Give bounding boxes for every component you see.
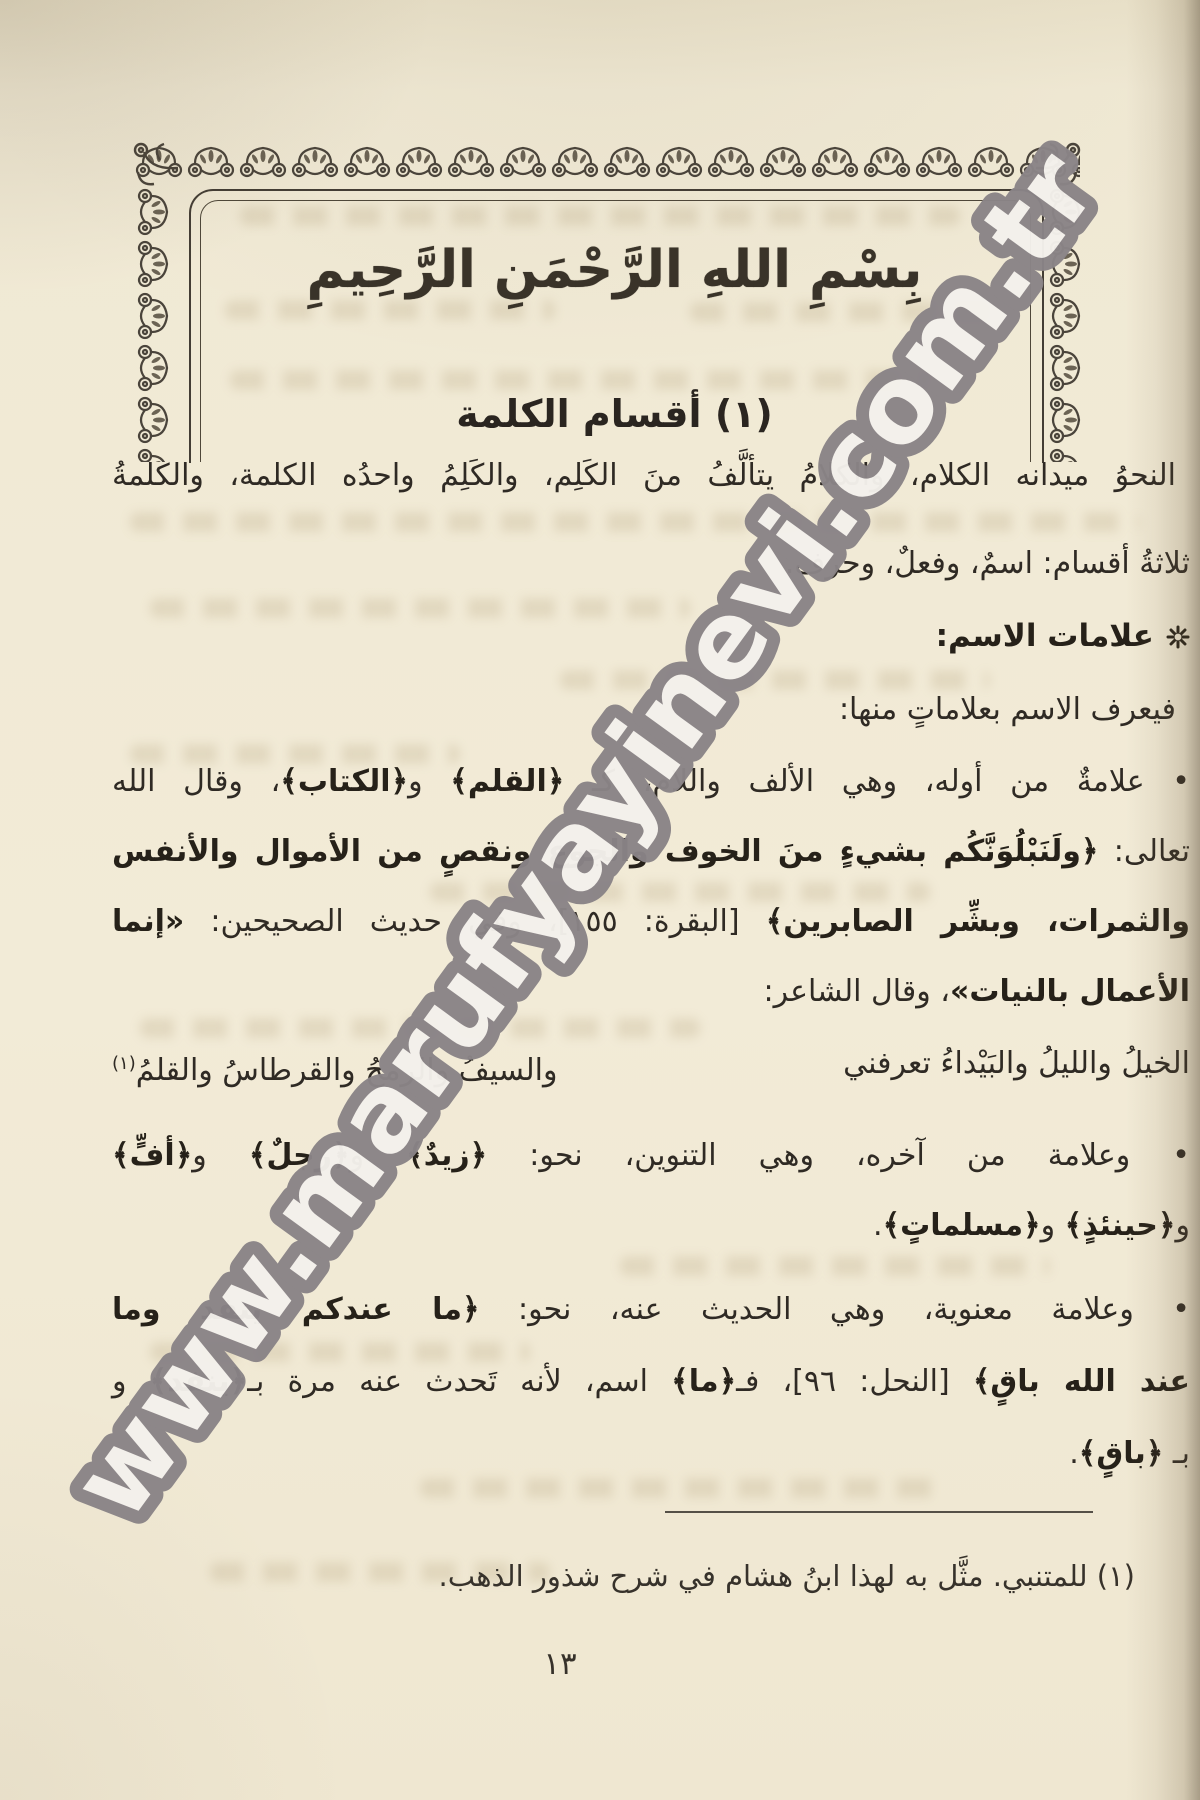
text-segment: ﴿ولَنَبْلُوَنَّكُم بشيءٍ منَ الخوف والجو… bbox=[112, 834, 1099, 869]
verse-left-text: والسيفُ والرمحُ والقرطاسُ والقلمُ bbox=[136, 1053, 558, 1088]
text-segment: ثلاثةُ أقسام: اسمٌ، وفعلٌ، وحرف. bbox=[785, 546, 1190, 581]
text-segment: و bbox=[192, 1138, 249, 1173]
text-segment: ﴿ما﴾ bbox=[671, 1364, 736, 1399]
text-segment: ﴿حينئذٍ﴾ bbox=[1065, 1208, 1176, 1243]
verse-right-hemistich: الخيلُ والليلُ والبَيْداءُ تعرفني bbox=[843, 1038, 1190, 1097]
text-segment: والثمرات، وبشِّر الصابرين﴾ bbox=[766, 904, 1190, 939]
text-segment: و bbox=[408, 764, 450, 799]
section-heading-label: علامات الاسم: bbox=[936, 618, 1154, 654]
body-line: • علامةٌ من أوله، وهي الألف واللام، كـ ﴿… bbox=[112, 756, 1190, 808]
chapter-title: (١) أقسام الكلمة bbox=[189, 392, 1040, 436]
text-segment: و bbox=[112, 1364, 150, 1399]
text-segment: بـ bbox=[1163, 1436, 1190, 1471]
text-segment: • علامةٌ من أوله، وهي الألف واللام، كـ bbox=[564, 764, 1190, 799]
text-segment: و bbox=[350, 1138, 407, 1173]
text-segment: ﴿القلم﴾ bbox=[450, 764, 564, 799]
body-line: • وعلامة معنوية، وهي الحديث عنه، نحو: ﴿م… bbox=[112, 1284, 1190, 1336]
text-segment: ﴿باقٍ﴾ bbox=[1079, 1436, 1164, 1471]
page-showthrough bbox=[140, 1018, 700, 1038]
text-segment: «إنما bbox=[112, 904, 184, 939]
body-line: بـ ﴿باقٍ﴾. bbox=[112, 1428, 1190, 1480]
text-segment: و bbox=[1041, 1208, 1065, 1243]
text-segment: عند الله باقٍ﴾ bbox=[973, 1364, 1190, 1399]
text-segment: ﴿ينفد﴾ bbox=[150, 1364, 248, 1399]
body-line: النحوُ ميدانه الكلام، والكلامُ يتألَّفُ … bbox=[112, 450, 1190, 502]
text-segment: ، وقال الله bbox=[112, 764, 280, 799]
footnote-ref-marker: (١) bbox=[112, 1053, 136, 1074]
bismillah-calligraphy: بِسْمِ اللهِ الرَّحْمَنِ الرَّحِيمِ bbox=[189, 240, 1040, 300]
page-showthrough bbox=[130, 512, 1140, 532]
footnote-divider bbox=[665, 1511, 1093, 1513]
text-segment: ﴿رجلٌ﴾ bbox=[249, 1138, 350, 1173]
text-segment: ، وقال الشاعر: bbox=[763, 974, 949, 1009]
frame-right-ornament bbox=[1042, 186, 1088, 462]
verse-left-hemistich: والسيفُ والرمحُ والقرطاسُ والقلمُ(١) bbox=[112, 1038, 558, 1097]
body-line: الأعمال بالنيات»، وقال الشاعر: bbox=[112, 966, 1190, 1018]
body-line: ثلاثةُ أقسام: اسمٌ، وفعلٌ، وحرف. bbox=[112, 538, 1190, 590]
body-line: والثمرات، وبشِّر الصابرين﴾ [البقرة: ١٥٥]… bbox=[112, 896, 1190, 948]
text-segment: . bbox=[873, 1208, 883, 1243]
frame-left-ornament bbox=[130, 186, 176, 462]
frame-corner-flourish-left bbox=[126, 138, 184, 196]
body-line: • وعلامة من آخره، وهي التنوين، نحو: ﴿زيد… bbox=[112, 1130, 1190, 1182]
text-segment: [النحل: ٩٦]، فـ bbox=[736, 1364, 973, 1399]
text-segment: ﴿مسلماتٍ﴾ bbox=[883, 1208, 1041, 1243]
section-heading-noun-signs: علامات الاسم: bbox=[112, 610, 1190, 665]
star-ornament-icon bbox=[1166, 613, 1190, 665]
text-segment: ﴿أفٍّ﴾ bbox=[112, 1138, 192, 1173]
text-segment: اسم، لأنه تَحدث عنه مرة بـ bbox=[247, 1364, 671, 1399]
text-segment: . bbox=[1069, 1436, 1079, 1471]
page-showthrough bbox=[420, 1478, 940, 1498]
text-segment: ﴿زيدٌ﴾ bbox=[406, 1138, 487, 1173]
page-showthrough bbox=[620, 1256, 1050, 1276]
text-segment: النحوُ ميدانه الكلام، والكلامُ يتألَّفُ … bbox=[112, 458, 1176, 493]
page-number: ١٣ bbox=[20, 1646, 1100, 1682]
text-segment: الأعمال بالنيات» bbox=[950, 974, 1190, 1009]
body-line: تعالى: ﴿ولَنَبْلُوَنَّكُم بشيءٍ منَ الخو… bbox=[112, 826, 1190, 878]
text-segment: فيعرف الاسم بعلاماتٍ منها: bbox=[839, 692, 1176, 727]
verse-line: الخيلُ والليلُ والبَيْداءُ تعرفني والسيف… bbox=[112, 1038, 1190, 1097]
footnote-text: (١) للمتنبي. مثَّل به لهذا ابنُ هشام في … bbox=[275, 1559, 1135, 1593]
body-line: فيعرف الاسم بعلاماتٍ منها: bbox=[112, 684, 1190, 736]
text-segment: و bbox=[1176, 1208, 1191, 1243]
frame-corner-flourish-right bbox=[1030, 138, 1088, 196]
body-line: عند الله باقٍ﴾ [النحل: ٩٦]، فـ﴿ما﴾ اسم، … bbox=[112, 1356, 1190, 1408]
text-segment: • وعلامة معنوية، وهي الحديث عنه، نحو: bbox=[480, 1292, 1190, 1327]
text-segment: [البقرة: ١٥٥]، وفي حديث الصحيحين: bbox=[184, 904, 765, 939]
body-line: و﴿حينئذٍ﴾ و﴿مسلماتٍ﴾. bbox=[112, 1200, 1190, 1252]
text-segment: تعالى: bbox=[1099, 834, 1190, 869]
frame-top-ornament bbox=[133, 139, 1080, 185]
text-segment: ﴿ما عندكم ينفد وما bbox=[112, 1292, 480, 1327]
text-segment: • وعلامة من آخره، وهي التنوين، نحو: bbox=[487, 1138, 1190, 1173]
text-segment: ﴿الكتاب﴾ bbox=[280, 764, 408, 799]
